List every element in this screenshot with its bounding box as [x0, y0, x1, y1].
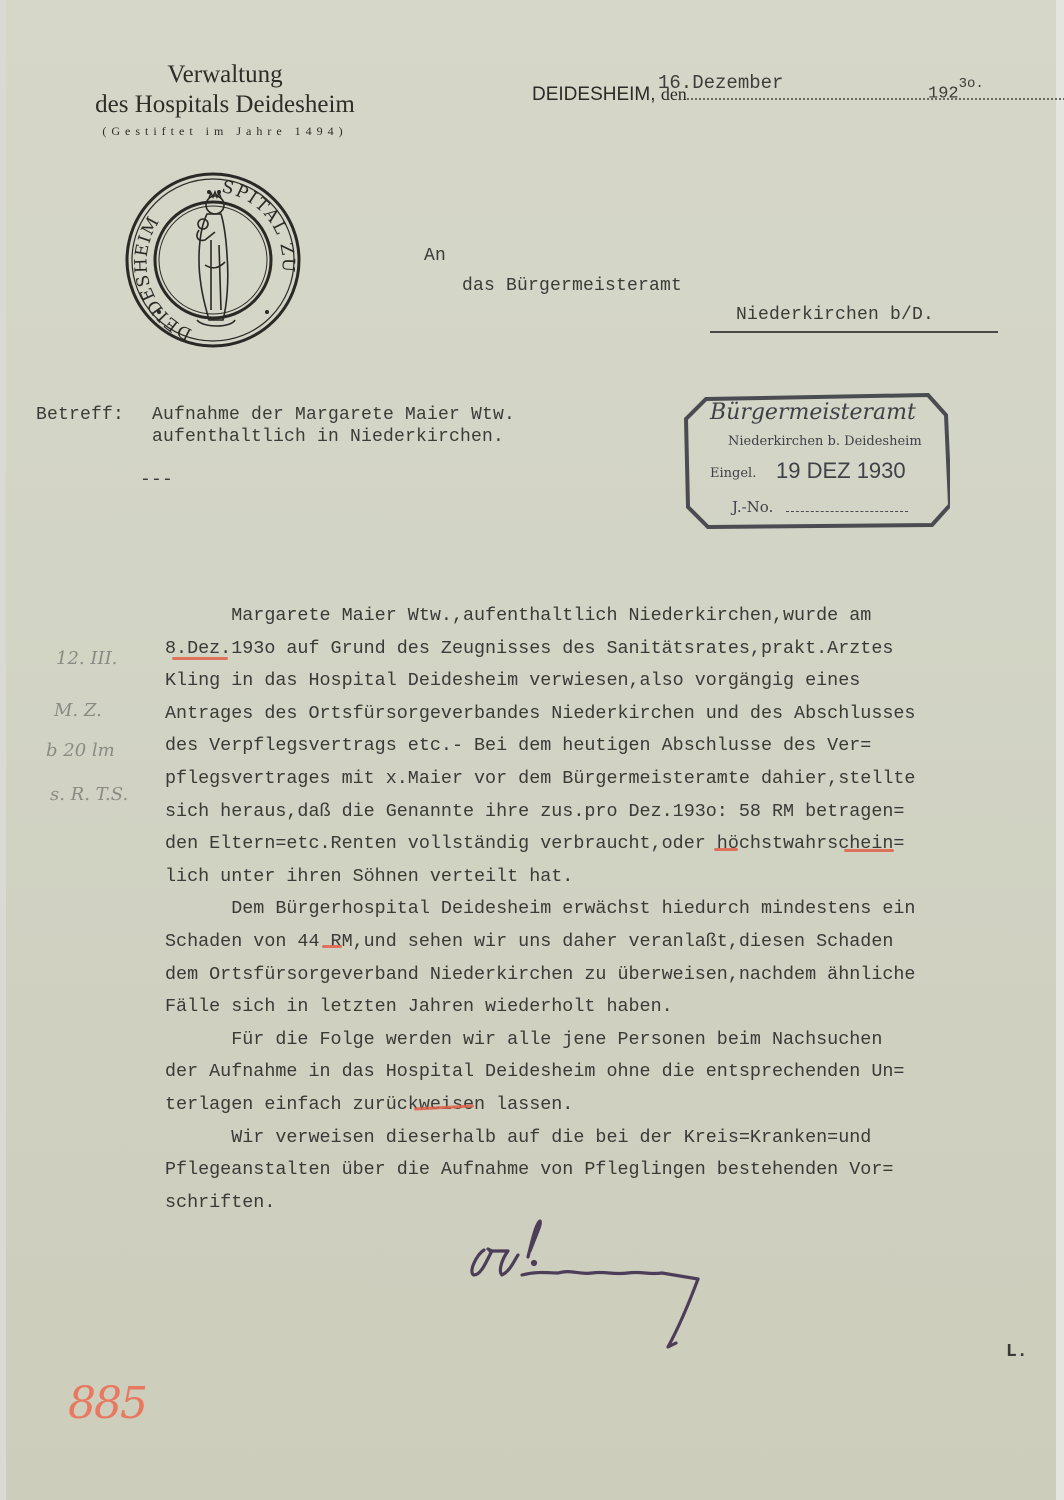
body-line: lich unter ihren Söhnen verteilt hat. — [165, 861, 1055, 894]
printed-year-prefix: 192 — [928, 85, 959, 104]
letterhead-institution: des Hospitals Deidesheim — [40, 90, 410, 120]
body-line: dem Ortsfürsorgeverband Niederkirchen zu… — [165, 959, 1055, 992]
stamp-title: Bürgermeisteramt — [710, 400, 916, 425]
body-line: Fälle sich in letzten Jahren wiederholt … — [165, 991, 1055, 1024]
hospital-seal-icon: DEIDESHEIM SPITAL ZU — [123, 170, 303, 350]
margin-note: M. Z. — [54, 700, 102, 721]
typist-initial: L. — [1006, 1342, 1028, 1362]
address-recipient: das Bürgermeisteramt — [462, 276, 682, 296]
body-line: terlagen einfach zurückweisen lassen. — [165, 1089, 1055, 1122]
letterhead-founded: (Gestiftet im Jahre 1494) — [40, 124, 410, 139]
body-line: 8.Dez.193o auf Grund des Zeugnisses des … — [165, 633, 1055, 666]
signature-icon — [462, 1215, 722, 1355]
margin-note: 12. III. — [56, 648, 117, 669]
body-line: Antrages des Ortsfürsorgeverbandes Niede… — [165, 698, 1055, 731]
body-line: Wir verweisen dieserhalb auf die bei der… — [165, 1122, 1055, 1155]
address-to: An — [424, 246, 446, 266]
body-line: Pflegeanstalten über die Aufnahme von Pf… — [165, 1154, 1055, 1187]
stamp-subtitle: Niederkirchen b. Deidesheim — [728, 434, 922, 449]
stamp-received-label: Eingel. — [710, 466, 756, 481]
letter-body: Margarete Maier Wtw.,aufenthaltlich Nied… — [165, 600, 1055, 1219]
body-line: Kling in das Hospital Deidesheim verwies… — [165, 665, 1055, 698]
letterhead: Verwaltung des Hospitals Deidesheim (Ges… — [40, 60, 410, 139]
body-line: Margarete Maier Wtw.,aufenthaltlich Nied… — [165, 600, 1055, 633]
subject-line-1: Aufnahme der Margarete Maier Wtw. — [152, 405, 515, 425]
body-line: sich heraus,daß die Genannte ihre zus.pr… — [165, 796, 1055, 829]
margin-note: b 20 lm — [46, 740, 115, 761]
subject-separator: --- — [140, 470, 173, 490]
body-line: Schaden von 44 RM,und sehen wir uns dahe… — [165, 926, 1055, 959]
page-edge-right — [1056, 0, 1064, 1500]
typed-date: 16.Dezember — [658, 72, 783, 94]
typed-year-suffix: 3o. — [959, 76, 984, 92]
body-line: Für die Folge werden wir alle jene Perso… — [165, 1024, 1055, 1057]
address-location: Niederkirchen b/D. — [736, 305, 934, 325]
subject-label: Betreff: — [36, 405, 124, 425]
red-underline-44rm — [322, 945, 342, 948]
body-line: Dem Bürgerhospital Deidesheim erwächst h… — [165, 893, 1055, 926]
page-edge-left — [0, 0, 6, 1500]
red-underline-58rm — [844, 849, 894, 852]
margin-note: s. R. T.S. — [50, 784, 128, 805]
body-line: der Aufnahme in das Hospital Deidesheim … — [165, 1056, 1055, 1089]
letterhead-title: Verwaltung — [40, 60, 410, 90]
red-underline-date — [172, 657, 228, 660]
red-underline-dez — [714, 848, 738, 851]
body-line: pflegsvertrages mit x.Maier vor dem Bürg… — [165, 763, 1055, 796]
stamp-journal-line — [786, 511, 908, 512]
subject-line-2: aufenthaltlich in Niederkirchen. — [152, 427, 504, 447]
archive-number: 885 — [68, 1378, 146, 1429]
stamp-received-date: 19 DEZ 1930 — [776, 458, 906, 484]
body-line: den Eltern=etc.Renten vollständig verbra… — [165, 828, 1055, 861]
address-underline — [710, 331, 998, 333]
body-line: des Verpflegsvertrags etc.- Bei dem heut… — [165, 730, 1055, 763]
date-line: DEIDESHEIM, den — [532, 80, 1064, 106]
stamp-journal-label: J.-No. — [732, 498, 773, 516]
place-name: DEIDESHEIM, — [532, 84, 656, 105]
year-field: 1923o. — [928, 80, 984, 104]
